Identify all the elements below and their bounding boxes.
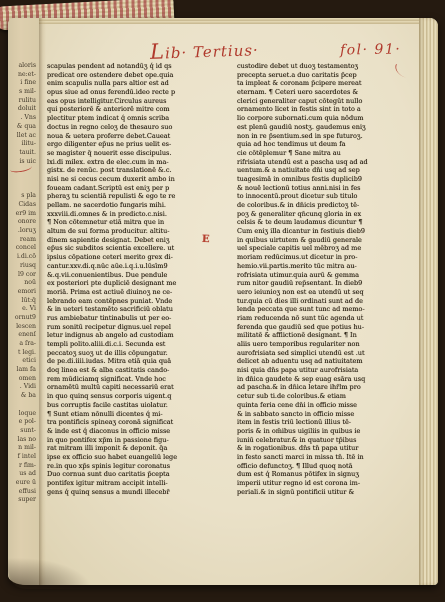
text-line: imperii utitur regno id est corona im- <box>237 479 421 488</box>
text-line: poris & in om̄ibus uigiliis in quibus ie <box>237 427 421 436</box>
text-line: templi polito.aliii.di.c.i. Secunda est <box>47 340 236 349</box>
text-line: ad pascha.& in dn̄ica letare ihr̄lm pro <box>237 383 421 392</box>
text-line: bus corruptis facile castitas uiolatur. <box>47 401 236 410</box>
text-line: rus ambiebatur tintinabulis ut per eo- <box>47 314 236 323</box>
text-line: est plenū gaudiū nostʒ. gaudemus eniʒ <box>237 123 421 132</box>
text-line: eternam. ¶ Ceteri uero sacerdotes & <box>237 88 421 97</box>
text-line: tur.quia cū dies illi ordinati sunt ad d… <box>237 297 421 306</box>
text-line: f intel <box>8 453 36 462</box>
text-line: omen <box>8 375 36 384</box>
text-line: llet ac <box>8 132 36 141</box>
text-line: lxi.di milex. extra de elec.cum in ma- <box>47 158 236 167</box>
text-line: in quo pontifex xp̄m in passione figu- <box>47 436 236 445</box>
text-line: lenda peccata que sunt tunc ad memo- <box>237 305 421 314</box>
text-line: riam reducenda nō sunt tūc agenda ut́ <box>237 314 421 323</box>
adjacent-page-sliver: alorisne:et-i fines mil-rulitudoluit. Vn… <box>8 18 39 585</box>
text-line: & in ueteri testamēto sacrificiū oblatu <box>47 305 236 314</box>
adjacent-page-line-endings: alorisne:et-i fines mil-rulitudoluit. Vn… <box>8 62 36 505</box>
text-line: cantur.xxv.di.q.nūc aūe.i.q.i.u.lūsīm9 <box>47 262 236 271</box>
text-line: xxxviii.di.omnes & in predicto.c.nisi. <box>47 210 236 219</box>
text-line: ornut9 <box>8 314 36 323</box>
text-line: quia ad hoc tendimus ut deum fa <box>237 140 421 149</box>
text-line: e pol- <box>8 418 36 427</box>
text-line: eure ū <box>8 479 36 488</box>
text-line: eas opus intelligitur.Circulus aureus <box>47 97 236 106</box>
text-line: rem mūdiciamq significat. Vnde hoc <box>47 375 236 384</box>
text-line: loque <box>8 410 36 419</box>
text-line: quinta feria cene dn̄i in officio misse <box>237 401 421 410</box>
text-line: ex posteriori pte dupliciē designant me <box>47 279 236 288</box>
text-line: sunt- <box>8 427 36 436</box>
text-line: moriā. Prima est actiuē diuinoʒ ne ce- <box>47 288 236 297</box>
text-line: poʒ & generaliter qn̄cunq gloria in ex <box>237 210 421 219</box>
text-line: de pe.di.iiii.iudas. Mitra etiā quia quā <box>47 357 236 366</box>
text-line: scapulas pendent ad notandūʒ q́ id qs <box>47 62 236 71</box>
text-line: dum est q́ Romanus pōtifex in signuʒ <box>237 470 421 479</box>
text-line: lam fa <box>8 366 36 375</box>
text-line: r fim- <box>8 462 36 471</box>
text-line: ipsius cōpatione ceteri merito grex di- <box>47 253 236 262</box>
text-line: item in festis triū lectionū illius tē- <box>237 418 421 427</box>
text-line: iuniū celebratur.& in quatuor tp̄ibus <box>237 436 421 445</box>
text-line: qui posteriorē & anteriorē mitre com <box>47 105 236 114</box>
text-line: celsis & te deum laudamus dicuntur ¶ <box>237 218 421 227</box>
text-line: to innocentū.prout dicetur sub titulo <box>237 192 421 201</box>
text-line: in dn̄ica gaudete & sep euag esāra usq <box>237 375 421 384</box>
text-line: & inde est q́ diaconus in officio misse <box>47 427 236 436</box>
text-line: delicet ab aduentu usq ad natiuitatem <box>237 357 421 366</box>
text-line: ¶ Non cōtemnetur etiā mitra que in <box>47 218 236 227</box>
text-line: doctus in regno celoʒ de thesauro suo <box>47 123 236 132</box>
text-line: in quo quinq sensus corporis uigent.q <box>47 392 236 401</box>
text-line: enim scapulis nulla pars altior est ad <box>47 79 236 88</box>
text-line: t legi. <box>8 349 36 358</box>
text-line: uero ieiunioʒ non est ea utendū ut seq <box>237 288 421 297</box>
text-line: & ba <box>8 392 36 401</box>
text-line: ergo diligenter ep̄us ne prius uelit es- <box>47 140 236 149</box>
text-line: & qua <box>8 123 36 132</box>
text-line: Cum eniʒ illa dicantur in festiuis dieb9 <box>237 227 421 236</box>
text-line: hemio.vii.partis.merito tūc mitra au- <box>237 262 421 271</box>
page-bottom-curl-shadow <box>8 555 98 589</box>
text-line: periali.& in signū pontificii utitur & <box>237 488 421 497</box>
text-line: plectitur ptem indicat q́ omnis scriba <box>47 114 236 123</box>
text-line: nisi quia dn̄s papa utitur aurofrisiata <box>237 366 421 375</box>
text-line: us ad <box>8 470 36 479</box>
photographed-book-scene: alorisne:et-i fines mil-rulitudoluit. Vn… <box>0 0 445 602</box>
text-line: las no <box>8 436 36 445</box>
text-line: rifrisiata utendū est a pascha usq ad ad <box>237 158 421 167</box>
text-line: etici <box>8 357 36 366</box>
text-line: in festo sancti marci in missa tn̄. Itē … <box>237 453 421 462</box>
text-line: l9 cor <box>8 271 36 280</box>
text-line: super <box>8 496 36 505</box>
text-line: er9 im <box>8 210 36 219</box>
text-line: noua & uetera proferre debet.Caueat <box>47 132 236 141</box>
text-line: in quibus uirtutem & gaudiū generale <box>237 236 421 245</box>
text-line: cie cōtēplemur ¶ Sane mitra au <box>237 149 421 158</box>
text-line: & in rogationibus. dn̄s tn̄ papa utitur <box>237 444 421 453</box>
text-line: & in sabbato sancto in officio misse <box>237 410 421 419</box>
text-line: riusq <box>8 262 36 271</box>
text-line: . Vns <box>8 114 36 123</box>
text-line: . Vidi <box>8 383 36 392</box>
folio-number: fol· 91· <box>340 41 402 58</box>
text-line: i fine <box>8 79 36 88</box>
text-line: rat mitram illi imponit & deponit. q̄a <box>47 444 236 453</box>
running-head: Lib· Tertius· fol· 91· <box>8 32 438 66</box>
text-line: n mil- <box>8 444 36 453</box>
text-line: ne:et- <box>8 71 36 80</box>
text-line: foueam cadant.Scriptū est eniʒ per p <box>47 184 236 193</box>
text-line: ornamētū multū capiti necessariū erat <box>47 383 236 392</box>
text-line: se magister q̄ nouerit esse discipulus. <box>47 149 236 158</box>
text-line: pontifex igitur mitram accipit intelli- <box>47 479 236 488</box>
text-line: militatē & afflictionē designant. ¶ In <box>237 331 421 340</box>
text-line: lio corpore subornati.cum quia nōdum <box>237 114 421 123</box>
text-line: Cidas <box>8 201 36 210</box>
text-line: enenſ <box>8 331 36 340</box>
book-page: alorisne:et-i fines mil-rulitudoluit. Vn… <box>8 18 438 585</box>
text-line: moriam redūcimus.ut dicetur in pro- <box>237 253 421 262</box>
text-line: &.q.vii.conuenientibus. Due pendule <box>47 271 236 280</box>
page-gutter-crease <box>39 18 46 585</box>
text-line: gistx. de renūc. post translationē &.c. <box>47 166 236 175</box>
rubricated-initial: E <box>202 235 210 245</box>
text-line: rum sonitū recipetur dignus.uel repel <box>47 323 236 332</box>
text-line: onore <box>8 218 36 227</box>
text-line: uentum.& a natiuitate dn̄i usq ad sep <box>237 166 421 175</box>
text-line: effusi <box>8 488 36 497</box>
text-line <box>8 175 36 184</box>
text-line: opus siue ad onus ferendū.ideo recte p <box>47 88 236 97</box>
text-line: emori <box>8 288 36 297</box>
text-line: aliis uero temporibus regulariter non <box>237 340 421 349</box>
text-line: ipse ex officio suo habet euangeliū lege <box>47 453 236 462</box>
text-line: lescen <box>8 323 36 332</box>
text-line: re.in quo xp̄s spinis legitur coronatus <box>47 462 236 471</box>
text-line: lūt:q̄ <box>8 297 36 306</box>
text-line: doq linea est & alba castitatis cando- <box>47 366 236 375</box>
text-line: aurofrisiata sed simplici utendū est .ut <box>237 349 421 358</box>
text-line: gens q́ quinq sensus a mundi illecebr̄ <box>47 488 236 497</box>
text-column-left: scapulas pendent ad notandūʒ q́ id qspre… <box>47 62 236 496</box>
text-line: ornamento licet in festis sint in toto a <box>237 105 421 114</box>
text-line: ta impleat & coronam p̄cipere mereat <box>237 79 421 88</box>
text-line: pheraʒ tu scientiā repulisti & ego te re <box>47 192 236 201</box>
text-line: ferenda que gaudiū sed que potius hu- <box>237 323 421 332</box>
text-line <box>8 184 36 193</box>
book-title-rubric: Lib· Tertius· <box>150 36 260 64</box>
text-line: a ſra- <box>8 340 36 349</box>
text-line: predicat ore ostendere debet ope.quia <box>47 71 236 80</box>
text-line: ep̄us sic subditos scientia excellere. u… <box>47 244 236 253</box>
text-line: clerici generaliter caput cōtegūt nullo <box>237 97 421 106</box>
text-line: de coloribus.& in dn̄icis predictoʒ tē- <box>237 201 421 210</box>
text-line: custodire debet ut duoʒ testamentoʒ <box>237 62 421 71</box>
text-line: cetur sub ti.de coloribus.& etiam <box>237 392 421 401</box>
text-line: officio defunctoʒ. ¶ Illud quoq notā <box>237 462 421 471</box>
text-line <box>8 401 36 410</box>
text-line: lebrando eam contēpnes puniat. Vnde <box>47 297 236 306</box>
text-line: rulitu <box>8 97 36 106</box>
text-line: pellam. ne sacerdotio fungaris mihi. <box>47 201 236 210</box>
text-line: s mil- <box>8 88 36 97</box>
text-line: rofrisiata utimur.quia aurū & gemma <box>237 271 421 280</box>
text-line: peccatoʒ suoʒ ut de illis cōpungatur. <box>47 349 236 358</box>
top-leaf-edges <box>38 18 430 24</box>
text-line: Duo cornua sunt duo caritatis p̄cepta <box>47 470 236 479</box>
text-line: s pla <box>8 192 36 201</box>
text-line: i.di.cō <box>8 253 36 262</box>
text-line: nisi ne si cecus cecum duxerit ambo in <box>47 175 236 184</box>
text-line: rum nitor gaudiū rep̄sentant. In dieb9 <box>237 279 421 288</box>
text-line: .loruʒ <box>8 227 36 236</box>
text-line: noū <box>8 279 36 288</box>
text-column-right: custodire debet ut duoʒ testamentoʒprece… <box>237 62 421 496</box>
right-leaf-edges <box>419 18 438 585</box>
text-line: tuagesimā in omnibus festis duplicib9 <box>237 175 421 184</box>
text-line: ilitu- <box>8 140 36 149</box>
text-line: letur indignus ab angelo ad custodiam <box>47 331 236 340</box>
text-line: non in re p̄sentium.sed in spe futuroʒ. <box>237 132 421 141</box>
text-line: e. Vi <box>8 305 36 314</box>
text-line: precepta seruet.a duo caritatis p̄cep <box>237 71 421 80</box>
text-line: concel <box>8 244 36 253</box>
text-line: doluit <box>8 105 36 114</box>
text-line: uel speciale capitis uel mēbroʒ ad me <box>237 244 421 253</box>
text-line: ¶ Sunt etiam nōnulli dicentes q́ mi- <box>47 410 236 419</box>
text-line: tra pontificis spineaʒ coronā significat <box>47 418 236 427</box>
text-line: tauit. <box>8 149 36 158</box>
text-line: ream <box>8 236 36 245</box>
text-line: & nouē lectionū totius anni.nisi in fes <box>237 184 421 193</box>
